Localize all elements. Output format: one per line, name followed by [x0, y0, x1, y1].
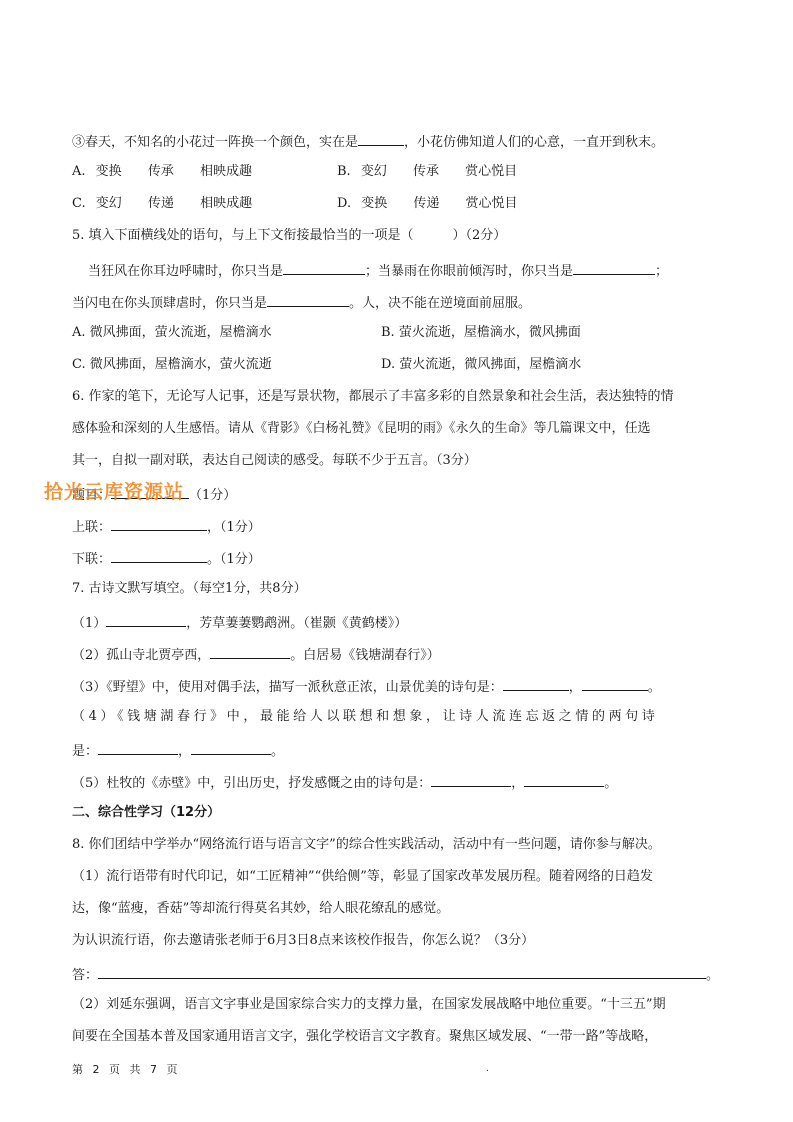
answer-blank[interactable]	[503, 677, 569, 691]
q5-option-d[interactable]: D. 萤火流逝，微风拂面，屋檐滴水	[381, 357, 581, 373]
option-word: 传递	[413, 196, 439, 211]
q5-option-b[interactable]: B. 萤火流逝，屋檐滴水，微风拂面	[381, 325, 581, 341]
q6-stem-line2: 感体验和深刻的人生感悟。请从《背影》《白杨礼赞》《昆明的雨》《永久的生命》等几篇…	[72, 421, 651, 437]
separator: ，	[178, 744, 191, 759]
option-word: 赏心悦目	[465, 164, 517, 179]
q5-passage-line2: 当闪电在你头顶肆虐时，你只当是。人，决不能在逆境面前屈服。	[72, 293, 531, 312]
answer-label: 答：	[72, 968, 98, 983]
passage-text: 当闪电在你头顶肆虐时，你只当是	[72, 296, 267, 311]
part-text: 是：	[72, 744, 98, 759]
q4-part3-stem: ③春天，不知名的小花过一阵换一个颜色，实在是，小花仿佛知道人们的心意，一直开到秋…	[72, 132, 664, 151]
option-word: 变换	[96, 164, 122, 179]
q8-stem: 8. 你们团结中学举办“网络流行语与语言文字”的综合性实践活动，活动中有一些问题…	[72, 837, 661, 853]
q8-part2-line2: 间要在全国基本普及国家通用语言文字，强化学校语言文字教育。聚焦区域发展、“一带一…	[72, 1029, 657, 1045]
q5-passage-line1: 当狂风在你耳边呼啸时，你只当是；当暴雨在你眼前倾泻时，你只当是；	[88, 261, 668, 280]
q8-part1-line2: 达，像“蓝瘦，香菇”等却流行得莫名其妙，给人眼花缭乱的感觉。	[72, 901, 449, 917]
answer-blank[interactable]	[210, 645, 290, 659]
q6-lower-couplet-row: 下联：。（1分）	[72, 549, 261, 568]
q7-part1: （1），芳草萋萋鹦鹉洲。（崔颢《黄鹤楼》）	[72, 613, 407, 632]
q8-part1-task: 为认识流行语，你去邀请张老师于6月3日8点来该校作报告，你怎么说？（3分）	[72, 933, 534, 949]
q6-stem-line3: 其一，自拟一副对联，表达自己阅读的感受。每联不少于五言。（3分）	[72, 453, 477, 469]
q4-option-a[interactable]: A. 变换 传承 相映成趣	[72, 164, 252, 180]
q5-stem: 5. 填入下面横线处的语句，与上下文衔接最恰当的一项是（ ）（2分）	[72, 228, 506, 244]
passage-text: 。人，决不能在逆境面前屈服。	[349, 296, 531, 311]
passage-text: ；当暴雨在你眼前倾泻时，你只当是	[365, 264, 573, 279]
separator: ，	[569, 680, 582, 695]
separator: 。	[706, 968, 719, 983]
score-text: 。（1分）	[207, 552, 261, 567]
option-word: 变幻	[361, 164, 387, 179]
passage-text: 当狂风在你耳边呼啸时，你只当是	[88, 264, 283, 279]
separator: 。	[648, 680, 661, 695]
score-text: （1分）	[189, 488, 236, 503]
part-text: ，芳草萋萋鹦鹉洲。（崔颢《黄鹤楼》）	[186, 616, 407, 631]
option-label: D.	[337, 196, 351, 211]
q7-part4-line2: 是：，。	[72, 741, 284, 760]
answer-blank[interactable]	[524, 773, 604, 787]
q8-answer-row: 答：。	[72, 965, 719, 984]
q5-option-c[interactable]: C. 微风拂面，屋檐滴水，萤火流逝	[72, 357, 272, 373]
q6-upper-couplet-row: 上联：，（1分）	[72, 517, 261, 536]
stem-text: ，小花仿佛知道人们的心意，一直开到秋末。	[404, 135, 664, 150]
answer-blank[interactable]	[283, 261, 365, 275]
page-indicator: 第 2 页 共 7 页	[72, 1061, 180, 1077]
answer-blank[interactable]	[358, 132, 404, 146]
answer-blank[interactable]	[98, 741, 178, 755]
option-word: 相映成趣	[200, 164, 252, 179]
answer-blank[interactable]	[267, 293, 349, 307]
upper-couplet-label: 上联：	[72, 520, 111, 535]
answer-field[interactable]	[98, 965, 706, 979]
part-number: （1）	[72, 616, 106, 631]
watermark: 拾光云库资源站	[44, 481, 184, 503]
answer-blank[interactable]	[582, 677, 648, 691]
answer-blank[interactable]	[573, 261, 655, 275]
option-word: 传承	[148, 164, 174, 179]
answer-blank[interactable]	[431, 773, 511, 787]
option-label: C.	[72, 196, 86, 211]
q4-option-b[interactable]: B. 变幻 传承 赏心悦目	[337, 164, 517, 180]
separator: ，	[511, 776, 524, 791]
q7-part4-line1: （4）《钱塘湖春行》中，最能给人以联想和想象，让诗人流连忘返之情的两句诗	[72, 709, 658, 725]
option-word: 相映成趣	[200, 196, 252, 211]
q6-stem-line1: 6. 作家的笔下，无论写人记事，还是写景状物，都展示了丰富多彩的自然景象和社会生…	[72, 389, 674, 405]
option-word: 传承	[413, 164, 439, 179]
part-text: （2）孤山寺北贾亭西，	[72, 648, 210, 663]
q4-option-d[interactable]: D. 变换 传递 赏心悦目	[337, 196, 518, 212]
q4-option-c[interactable]: C. 变幻 传递 相映成趣	[72, 196, 252, 212]
stem-text: ③春天，不知名的小花过一阵换一个颜色，实在是	[72, 135, 358, 150]
part-text: （3）《野望》中，使用对偶手法，描写一派秋意正浓，山景优美的诗句是：	[72, 680, 503, 695]
footer-dot: .	[486, 1064, 489, 1074]
option-word: 变换	[361, 196, 387, 211]
upper-couplet-blank[interactable]	[111, 517, 207, 531]
answer-blank[interactable]	[106, 613, 186, 627]
passage-text: ；	[655, 264, 668, 279]
lower-couplet-label: 下联：	[72, 552, 111, 567]
separator: 。	[604, 776, 617, 791]
section-heading: 二、综合性学习（12分）	[72, 805, 220, 821]
option-word: 变幻	[96, 196, 122, 211]
q7-stem: 7. 古诗文默写填空。（每空1分，共8分）	[72, 581, 307, 597]
q7-part2: （2）孤山寺北贾亭西，。白居易《钱塘湖春行》）	[72, 645, 440, 664]
option-word: 赏心悦目	[466, 196, 518, 211]
answer-blank[interactable]	[191, 741, 271, 755]
q8-part1-line1: （1）流行语带有时代印记，如“工匠精神”“供给侧”等，彰显了国家改革发展历程。随…	[72, 869, 653, 885]
option-label: A.	[72, 164, 86, 179]
q5-option-a[interactable]: A. 微风拂面，萤火流逝，屋檐滴水	[72, 325, 272, 341]
q8-part2-line1: （2）刘延东强调，语言文字事业是国家综合实力的支撑力量，在国家发展战略中地位重要…	[72, 997, 666, 1013]
separator: 。	[271, 744, 284, 759]
q7-part3: （3）《野望》中，使用对偶手法，描写一派秋意正浓，山景优美的诗句是：，。	[72, 677, 661, 696]
lower-couplet-blank[interactable]	[111, 549, 207, 563]
part-text: 。白居易《钱塘湖春行》）	[290, 648, 440, 663]
q7-part5: （5）杜牧的《赤壁》中，引出历史，抒发感慨之由的诗句是：，。	[72, 773, 617, 792]
part-text: （5）杜牧的《赤壁》中，引出历史，抒发感慨之由的诗句是：	[72, 776, 431, 791]
option-word: 传递	[148, 196, 174, 211]
option-label: B.	[337, 164, 351, 179]
score-text: ，（1分）	[207, 520, 261, 535]
